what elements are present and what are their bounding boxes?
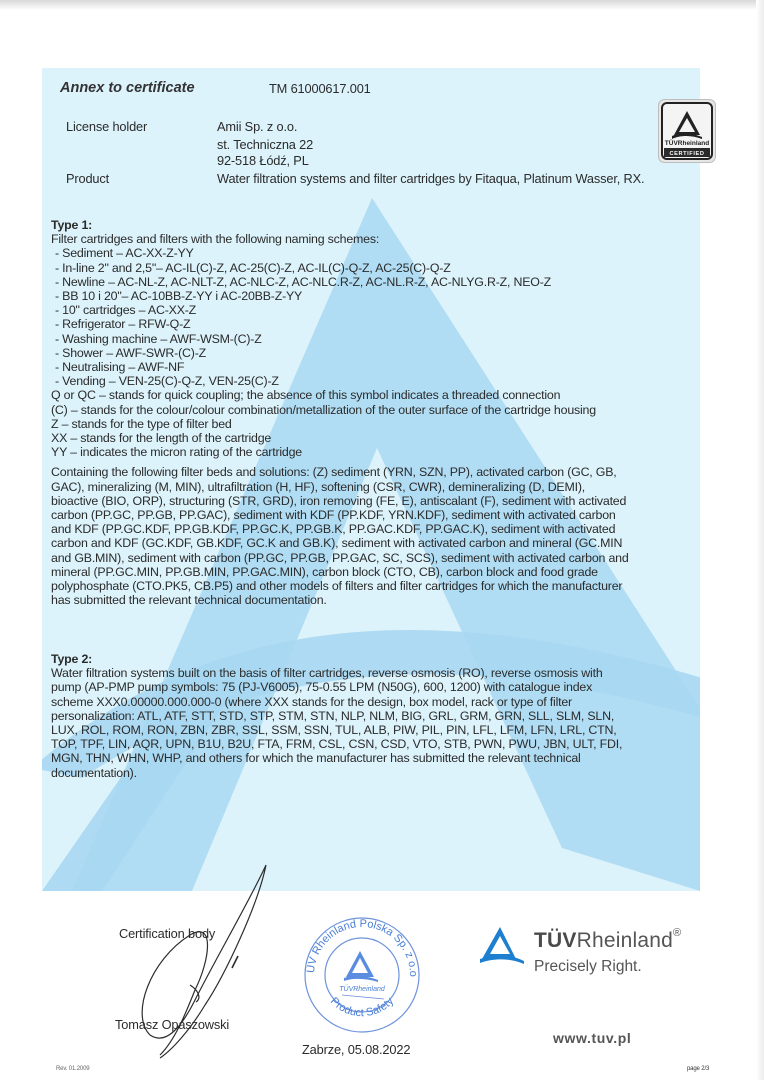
brand-name-bold: TÜV bbox=[534, 929, 577, 952]
type2-line: LUX, ROL, ROM, RON, ZBN, ZBR, SSL, SSM, … bbox=[51, 723, 622, 737]
scheme-item: - Newline – AC-NL-Z, AC-NLT-Z, AC-NLC-Z,… bbox=[51, 275, 629, 289]
page-number: page 2/3 bbox=[687, 1066, 709, 1073]
type2-line: personalization: ATL, ATF, STT, STD, STP… bbox=[51, 709, 622, 723]
svg-text:Product Safety: Product Safety bbox=[328, 995, 397, 1019]
type2-section: Type 2: Water filtration systems built o… bbox=[51, 652, 622, 780]
product-label: Product bbox=[66, 172, 109, 186]
brand-tagline: Precisely Right. bbox=[534, 958, 642, 976]
legend-line: Z – stands for the type of filter bed bbox=[51, 417, 629, 431]
brand-name-regular: Rheinland bbox=[577, 929, 673, 952]
type2-line: scheme XXX0.00000.000.000-0 (where XXX s… bbox=[51, 695, 622, 709]
beds-line: carbon and KDF (GC.KDF, GB.KDF, GC.K and… bbox=[51, 536, 629, 550]
svg-text:TÜVRheinland: TÜVRheinland bbox=[665, 138, 709, 147]
legend-line: (C) – stands for the colour/colour combi… bbox=[51, 403, 629, 417]
scheme-item: - In-line 2" and 2,5"– AC-IL(C)-Z, AC-25… bbox=[51, 261, 629, 275]
type1-heading: Type 1: bbox=[51, 218, 629, 232]
svg-text:TÜV Rheinland Polska Sp. z o.o: TÜV Rheinland Polska Sp. z o.o. bbox=[300, 915, 419, 977]
beds-line: carbon (PP.GC, PP.GB, PP.GAC), sediment … bbox=[51, 508, 629, 522]
website-link[interactable]: www.tuv.pl bbox=[553, 1030, 631, 1046]
license-holder-street: st. Techniczna 22 bbox=[217, 138, 313, 152]
registered-mark: ® bbox=[673, 927, 681, 939]
svg-text:TÜVRheinland: TÜVRheinland bbox=[339, 985, 386, 993]
scheme-item: - Refrigerator – RFW-Q-Z bbox=[51, 317, 629, 331]
scheme-item: - 10" cartridges – AC-XX-Z bbox=[51, 303, 629, 317]
type2-heading: Type 2: bbox=[51, 652, 622, 666]
beds-line: has submitted the relevant technical doc… bbox=[51, 593, 629, 607]
legend-line: Q or QC – stands for quick coupling; the… bbox=[51, 388, 629, 402]
license-holder-name: Amii Sp. z o.o. bbox=[217, 120, 297, 134]
type2-line: pump (AP-PMP pump symbols: 75 (PJ-V6005)… bbox=[51, 680, 622, 694]
beds-line: and KDF (PP.GC.KDF, PP.GB.KDF, PP.GC.K, … bbox=[51, 522, 629, 536]
place-and-date: Zabrze, 05.08.2022 bbox=[302, 1043, 410, 1057]
license-holder-city: 92-518 Łódź, PL bbox=[217, 154, 309, 168]
type2-line: Water filtration systems built on the ba… bbox=[51, 666, 622, 680]
beds-line: bioactive (BIO, ORP), structuring (STR, … bbox=[51, 494, 629, 508]
scheme-item: - Vending – VEN-25(C)-Q-Z, VEN-25(C)-Z bbox=[51, 374, 629, 388]
scheme-item: - BB 10 i 20"– AC-10BB-Z-YY i AC-20BB-Z-… bbox=[51, 289, 629, 303]
legend-line: XX – stands for the length of the cartri… bbox=[51, 431, 629, 445]
product-safety-stamp-icon: TÜV Rheinland Polska Sp. z o.o. Product … bbox=[300, 915, 424, 1035]
beds-line: and GB.MIN), sediment with carbon (PP.GC… bbox=[51, 551, 629, 565]
revision-label: Rev. 01.2009 bbox=[56, 1066, 89, 1073]
signer-name: Tomasz Opaszowski bbox=[115, 1018, 229, 1032]
document-content: Annex to certificate TM 61000617.001 Lic… bbox=[0, 0, 764, 1080]
document-title: Annex to certificate bbox=[60, 81, 195, 95]
type2-line: TOP, TPF, LIN, AQR, UPN, B1U, B2U, FTA, … bbox=[51, 737, 622, 751]
type2-line: documentation). bbox=[51, 766, 622, 780]
certificate-number: TM 61000617.001 bbox=[269, 82, 371, 96]
scheme-item: - Sediment – AC-XX-Z-YY bbox=[51, 246, 629, 260]
type1-intro: Filter cartridges and filters with the f… bbox=[51, 232, 629, 246]
svg-text:CERTIFIED: CERTIFIED bbox=[670, 151, 705, 157]
license-holder-label: License holder bbox=[66, 120, 147, 134]
scheme-item: - Washing machine – AWF-WSM-(C)-Z bbox=[51, 332, 629, 346]
type2-line: MGN, THN, WHN, WHP, and others for which… bbox=[51, 751, 622, 765]
tuv-certified-badge-icon: TÜVRheinland CERTIFIED bbox=[658, 99, 716, 163]
beds-line: GAC), mineralizing (M, MIN), ultrafiltra… bbox=[51, 480, 629, 494]
product-value: Water filtration systems and filter cart… bbox=[217, 172, 644, 186]
type1-section: Type 1: Filter cartridges and filters wi… bbox=[51, 218, 629, 607]
scheme-item: - Neutralising – AWF-NF bbox=[51, 360, 629, 374]
scheme-item: - Shower – AWF-SWR-(C)-Z bbox=[51, 346, 629, 360]
beds-line: mineral (PP.GC.MIN, PP.GB.MIN, PP.GAC.MI… bbox=[51, 565, 629, 579]
beds-line: polyphosphate (CTO.PK5, CB.P5) and other… bbox=[51, 579, 629, 593]
legend-line: YY – indicates the micron rating of the … bbox=[51, 445, 629, 459]
tuv-rheinland-logo-icon bbox=[480, 925, 526, 965]
certification-body-label: Certification body bbox=[119, 927, 215, 941]
beds-line: Containing the following filter beds and… bbox=[51, 465, 629, 479]
brand-name: TÜVRheinland® bbox=[534, 929, 681, 953]
